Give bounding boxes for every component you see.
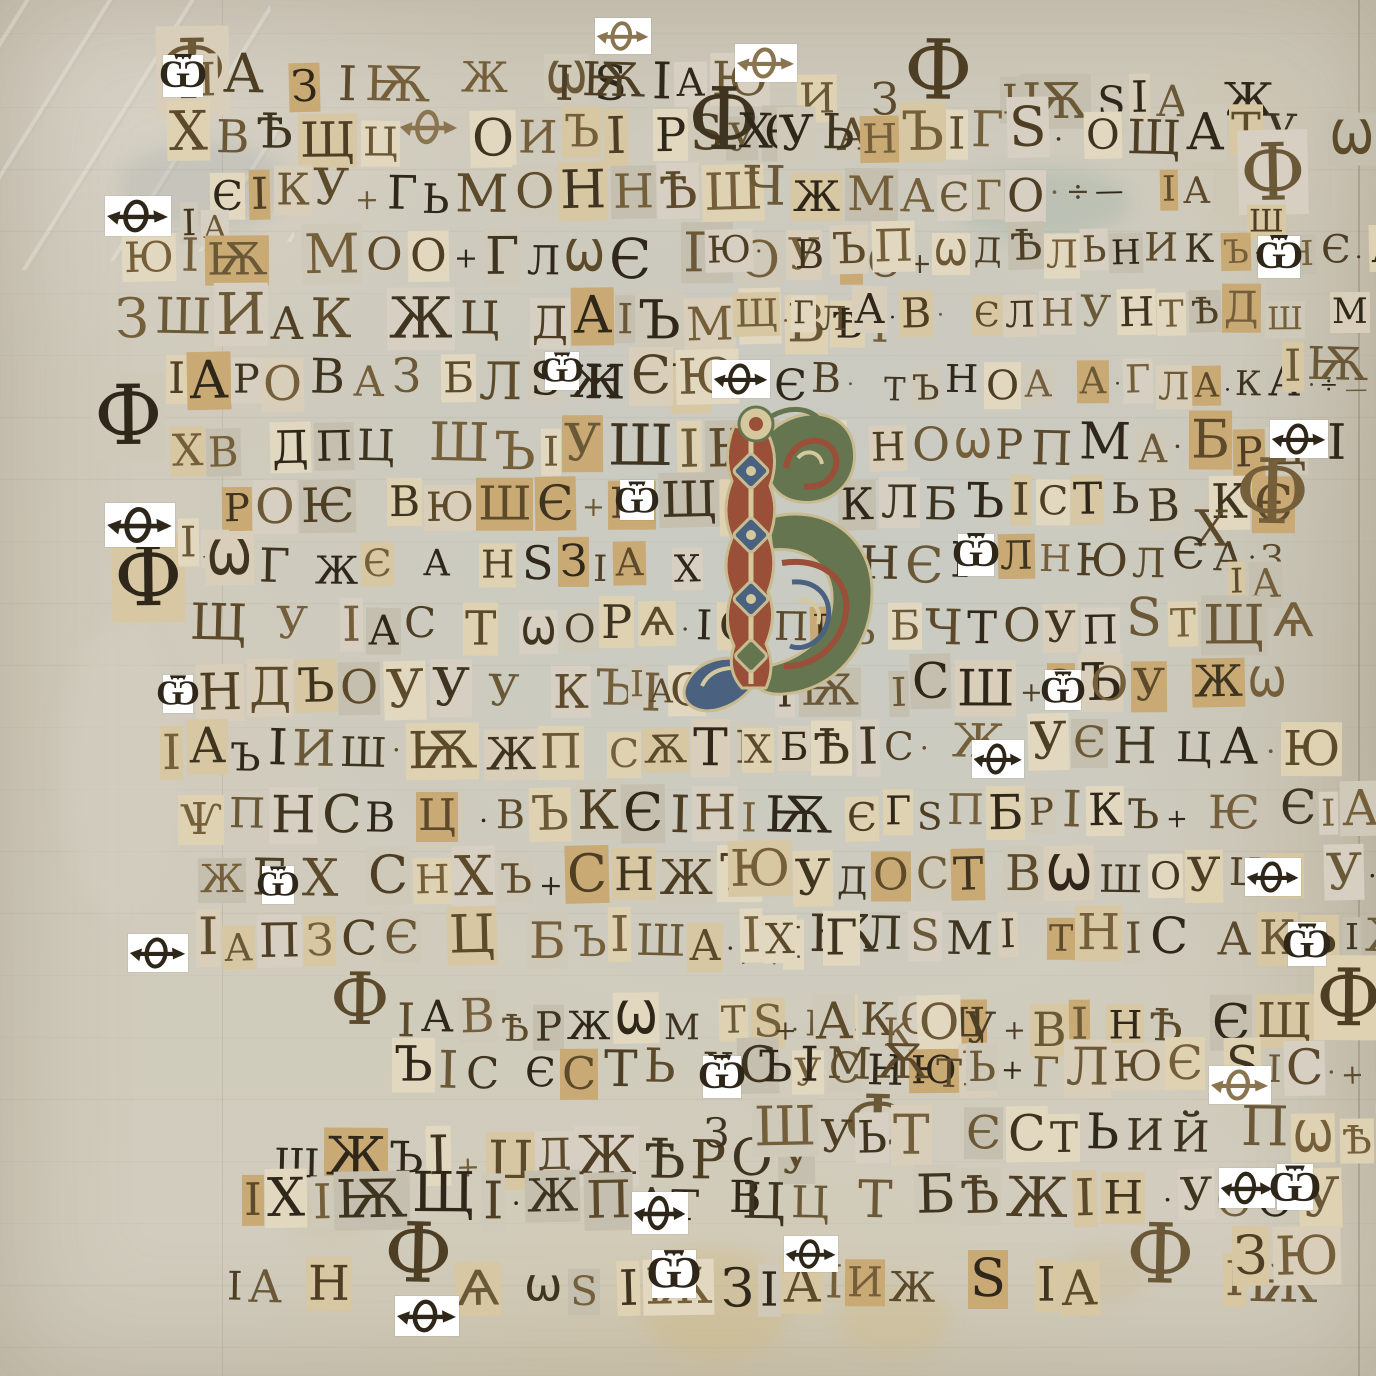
letter-patch: Ж xyxy=(198,858,246,903)
letter-patch: Є xyxy=(1278,781,1319,835)
letter-patch: А xyxy=(1021,362,1054,406)
letter-patch: С xyxy=(1283,1041,1325,1097)
theta-arrow-marker xyxy=(1209,1066,1271,1104)
letter-patch: Л xyxy=(477,354,525,412)
letter-patch: С xyxy=(607,732,641,778)
letter-patch: Г xyxy=(385,166,421,219)
letter-patch: Ъ xyxy=(1220,232,1251,271)
letter-patch: А xyxy=(687,923,723,972)
letter-patch: А xyxy=(1059,1261,1101,1316)
manuscript-line: ХСНХЪ+СНЖЪІ xyxy=(300,845,788,907)
letter-patch: О xyxy=(1005,170,1047,222)
letter-patch: Ж xyxy=(791,173,842,221)
letter-patch: Ь xyxy=(420,176,452,223)
letter-patch: Д xyxy=(247,659,294,717)
letter-patch: І xyxy=(265,720,290,776)
ot-glyph: Ѿ xyxy=(156,676,200,711)
letter-patch: Ю xyxy=(1110,1042,1165,1091)
letter-patch: Ж xyxy=(658,852,715,905)
letter-patch: П xyxy=(538,726,584,780)
letter-patch: А xyxy=(222,925,256,970)
letter-patch: Ш xyxy=(955,660,1016,716)
letter-patch: Ѣ xyxy=(656,162,700,219)
theta-arrow-marker xyxy=(735,44,797,82)
letter-patch: У xyxy=(793,850,834,906)
theta-arrow-marker xyxy=(1219,1168,1275,1208)
letter-patch: Є xyxy=(902,537,945,594)
letter-patch: Ѧ xyxy=(1270,594,1315,647)
letter-patch: · xyxy=(1171,430,1185,465)
letter-patch: Д xyxy=(1222,284,1261,333)
letter-patch: · xyxy=(390,734,403,767)
letter-patch: · xyxy=(845,370,856,398)
letter-patch: В xyxy=(213,111,251,163)
letter-patch: Ъ xyxy=(1125,791,1162,838)
letter-patch: Ж xyxy=(887,1264,938,1312)
letter-patch: Г xyxy=(969,102,1006,158)
letter-patch: А xyxy=(1181,170,1213,213)
letter-patch: · xyxy=(724,933,737,966)
theta-arrow-icon xyxy=(595,18,651,54)
letter-patch: К xyxy=(551,666,591,718)
letter-patch: Ъ xyxy=(228,736,263,781)
letter-patch: М xyxy=(1076,413,1133,471)
letter-patch: Р xyxy=(1027,790,1057,834)
theta-arrow-icon xyxy=(398,106,460,148)
letter-patch: · xyxy=(1052,123,1065,158)
letter-patch: Н xyxy=(612,848,656,900)
letter-patch: Ц xyxy=(740,1174,788,1231)
letter-patch: Ѡ xyxy=(518,610,558,654)
theta-arrow-icon xyxy=(1219,1168,1275,1208)
letter-patch: Б xyxy=(778,726,811,771)
letter-patch: Ш xyxy=(476,478,533,531)
letter-patch: · xyxy=(918,732,931,765)
letter-patch: Х xyxy=(763,915,798,963)
letter-patch: Ѕ xyxy=(1123,589,1164,648)
letter-patch: О xyxy=(1147,854,1183,899)
manuscript-line: ІАЪІИШ·ѬЖПСѪТЬ xyxy=(160,720,770,778)
letter-patch: І xyxy=(758,1264,781,1317)
letter-patch: С xyxy=(464,1050,502,1100)
letter-patch: О xyxy=(871,851,911,901)
letter-patch: Ѧ xyxy=(638,601,677,646)
letter-patch: Ѕ xyxy=(519,537,556,590)
letter-patch: Н xyxy=(269,787,318,844)
letter-patch: Ю xyxy=(1072,535,1130,587)
letter-patch: У xyxy=(1323,844,1365,901)
letter-patch: Ѭ xyxy=(579,54,648,109)
letter-patch: Ѭ xyxy=(406,722,480,780)
letter-patch: І xyxy=(435,1042,461,1100)
letter-patch: А xyxy=(613,541,647,586)
letter-patch: А xyxy=(1340,781,1376,837)
letter-patch: Х xyxy=(742,728,774,773)
letter-patch: І xyxy=(739,795,759,841)
letter-patch: + xyxy=(452,241,480,276)
letter-patch: П xyxy=(226,789,267,837)
letter-patch: Б xyxy=(527,913,568,969)
letter-patch: Ѡ xyxy=(1291,1113,1336,1163)
letter-patch: О xyxy=(1088,659,1131,713)
letter-patch: О xyxy=(513,164,557,219)
letter-patch: Т xyxy=(965,603,1000,654)
letter-patch: Б xyxy=(441,354,477,403)
letter-patch: Ъ xyxy=(562,106,602,157)
letter-patch: Г xyxy=(791,295,816,332)
letter-patch: А xyxy=(1184,104,1227,161)
manuscript-line: ЧЖМАЄГО·÷— xyxy=(742,158,1128,218)
letter-patch: І xyxy=(1160,169,1178,210)
theta-arrow-marker xyxy=(398,106,460,148)
ot-marker: Ѿ xyxy=(163,675,193,713)
letter-patch: С xyxy=(560,1049,598,1100)
letter-patch: Щ xyxy=(1201,595,1267,655)
letter-patch: Є xyxy=(523,1049,559,1096)
letter-patch: І xyxy=(615,295,636,343)
ot-marker: Ѿ xyxy=(1288,922,1326,966)
theta-arrow-icon xyxy=(632,1192,688,1234)
manuscript-page: ФІАЗІѬЖѠЅІѬІАЮИЗФІѬЅІАЖХВѢЩЦОИЪІРЅУЄАФХУ… xyxy=(0,0,1376,1376)
letter-patch: Є xyxy=(607,230,654,292)
letter-patch: + xyxy=(580,491,607,524)
letter-patch: Т xyxy=(463,603,499,656)
letter-patch: Т xyxy=(602,1041,640,1098)
letter-patch: Г xyxy=(256,540,292,594)
letter-patch: Ж xyxy=(459,53,511,102)
letter-patch: Д xyxy=(269,421,311,473)
letter-patch: Ж xyxy=(524,1169,580,1222)
letter-patch: Ь xyxy=(1083,1104,1121,1160)
letter-patch: І xyxy=(160,726,184,781)
letter-patch: + xyxy=(999,1054,1026,1088)
letter-patch: А xyxy=(851,286,886,333)
letter-patch: І xyxy=(591,548,610,591)
letter-patch: Г xyxy=(973,172,1004,219)
letter-patch: У xyxy=(1185,850,1223,903)
manuscript-line: ІА xyxy=(1160,170,1213,213)
letter-patch: Ж xyxy=(387,288,455,351)
letter-patch: И xyxy=(845,1259,885,1307)
letter-patch: Ъ xyxy=(899,102,946,162)
theta-arrow-icon xyxy=(1270,420,1328,458)
letter-patch: А xyxy=(187,719,229,774)
ot-glyph: Ѿ xyxy=(1255,237,1303,276)
letter-patch: З xyxy=(390,350,424,404)
ot-glyph: Ѿ xyxy=(540,353,584,388)
letter-patch: Ж xyxy=(483,729,538,780)
letter-patch: Н xyxy=(1039,291,1076,335)
letter-patch: Ѫ xyxy=(642,728,690,773)
letter-patch: + xyxy=(1338,1058,1366,1092)
letter-patch: Ѡ xyxy=(562,232,607,282)
letter-patch: З xyxy=(558,537,590,587)
letter-patch: Є xyxy=(535,476,577,531)
letter-patch: Ъ xyxy=(963,474,1006,529)
letter-patch: В xyxy=(206,428,242,476)
letter-patch: Ф xyxy=(1237,129,1309,216)
ot-glyph: Ѿ xyxy=(256,867,300,902)
letter-patch: Ч xyxy=(923,601,966,657)
letter-patch: · xyxy=(1366,860,1376,894)
letter-patch: Н xyxy=(943,358,981,403)
letter-patch: Т xyxy=(1167,601,1198,647)
ot-marker: Ѿ xyxy=(652,1250,696,1298)
letter-patch: І xyxy=(608,907,632,962)
letter-patch: · xyxy=(1325,1056,1338,1089)
letter-patch: Ъ xyxy=(491,423,538,482)
letter-patch: Л xyxy=(1156,365,1192,409)
letter-patch: В xyxy=(363,794,398,842)
letter-patch: В xyxy=(793,233,827,279)
letter-patch: У xyxy=(383,660,427,720)
theta-arrow-icon xyxy=(1245,858,1301,896)
letter-patch: З xyxy=(113,288,152,349)
manuscript-line: ОУЖѠ xyxy=(1088,656,1288,709)
letter-patch: Ѱ xyxy=(178,795,224,845)
letter-patch: Ѣ xyxy=(811,721,852,776)
letter-patch: З xyxy=(1232,1226,1270,1286)
letter-patch: О xyxy=(363,229,405,281)
letter-patch: И xyxy=(516,111,560,163)
manuscript-line: ІХГЛЅМІТНІСАКЪІЖ xyxy=(740,908,1376,964)
letter-patch: Ѡ xyxy=(1246,659,1289,706)
theta-arrow-icon xyxy=(735,44,797,82)
letter-patch: О xyxy=(261,357,305,412)
letter-patch: Ф xyxy=(92,372,166,461)
letter-patch: Ш xyxy=(1096,858,1144,902)
ot-marker: Ѿ xyxy=(703,1056,741,1098)
letter-patch: І xyxy=(166,355,187,404)
letter-patch: Х xyxy=(264,1169,307,1229)
letter-patch: У xyxy=(1042,603,1078,652)
letter-patch: Л xyxy=(1063,1039,1111,1097)
theta-arrow-marker xyxy=(395,1296,459,1336)
letter-patch: Г xyxy=(883,789,913,835)
theta-arrow-icon xyxy=(972,740,1024,778)
manuscript-line: ХВѢЩЦ xyxy=(167,103,404,163)
letter-patch: Н xyxy=(1116,288,1156,335)
letter-patch: Л xyxy=(1003,295,1038,337)
letter-patch: В xyxy=(387,478,422,526)
letter-patch: О xyxy=(1084,111,1123,159)
letter-patch: О xyxy=(408,230,450,281)
theta-arrow-icon xyxy=(105,196,171,236)
theta-arrow-marker xyxy=(972,740,1024,778)
letter-patch: · xyxy=(780,307,791,335)
letter-patch: Є xyxy=(964,1107,1003,1159)
letter-patch: О xyxy=(1000,599,1043,652)
letter-patch: Р xyxy=(993,421,1026,469)
letter-patch: Ж xyxy=(313,549,361,594)
letter-patch: П xyxy=(1080,607,1119,654)
letter-patch: Ъ xyxy=(498,857,534,903)
letter-patch: У xyxy=(430,659,472,718)
letter-patch: Ю xyxy=(728,840,793,897)
letter-patch: Д xyxy=(972,231,1005,272)
letter-patch: Є xyxy=(629,347,673,406)
letter-patch: С xyxy=(1005,1106,1047,1162)
letter-patch: Ш xyxy=(427,413,493,473)
letter-patch: Ѭ xyxy=(205,235,270,286)
letter-patch: І xyxy=(1318,792,1337,835)
letter-patch: Т xyxy=(1071,474,1105,524)
letter-patch: М xyxy=(302,223,363,284)
letter-patch: А xyxy=(268,299,306,350)
letter-patch: У xyxy=(817,1111,855,1163)
manuscript-line: ѰПНСВЦ·ВЪКЄІНІѬ xyxy=(178,782,837,843)
letter-patch: + xyxy=(353,183,381,218)
letter-patch: У xyxy=(1078,288,1114,338)
ot-marker: Ѿ xyxy=(620,480,654,520)
letter-patch: Ь xyxy=(966,1043,998,1091)
letter-patch: А xyxy=(420,542,452,585)
letter-patch: Ю xyxy=(704,229,753,273)
letter-patch: Є xyxy=(845,796,880,842)
letter-patch: П xyxy=(944,786,985,835)
letter-patch: Б xyxy=(1188,411,1231,470)
letter-patch: П xyxy=(314,422,355,471)
letter-patch: Щ xyxy=(187,595,249,653)
letter-patch: С xyxy=(1147,908,1191,965)
letter-patch: І xyxy=(997,912,1018,958)
letter-patch: Й xyxy=(1169,1113,1211,1163)
letter-patch: Т xyxy=(691,719,730,777)
letter-patch: І xyxy=(242,1175,264,1226)
letter-patch: Ѥ xyxy=(298,479,356,533)
letter-patch: С xyxy=(909,653,952,709)
letter-patch: Ш xyxy=(1265,301,1305,339)
letter-patch: Г xyxy=(1122,358,1153,403)
letter-patch: + xyxy=(537,869,565,904)
letter-patch: Ѡ xyxy=(613,992,660,1044)
theta-arrow-icon xyxy=(105,503,175,547)
letter-patch: Ф xyxy=(328,960,393,1039)
letter-patch: Ш xyxy=(752,1096,819,1157)
letter-patch: Р xyxy=(599,596,634,648)
theta-arrow-icon xyxy=(1209,1066,1271,1104)
letter-patch: Н xyxy=(306,1257,352,1311)
letter-patch: Н xyxy=(582,356,628,410)
letter-patch: Т xyxy=(1047,918,1075,961)
letter-patch: О xyxy=(909,418,952,471)
manuscript-line: Ф xyxy=(112,552,188,641)
letter-patch: І xyxy=(541,429,562,476)
letter-patch: И xyxy=(1123,1112,1165,1162)
letter-patch: Ъ xyxy=(636,290,683,350)
theta-arrow-marker xyxy=(784,1236,838,1272)
theta-arrow-marker xyxy=(105,196,171,236)
letter-patch: М xyxy=(845,168,898,222)
ot-glyph: Ѿ xyxy=(646,1251,701,1295)
letter-patch: · xyxy=(1047,176,1061,211)
letter-patch: Ф xyxy=(381,1209,456,1299)
letter-patch: І xyxy=(856,719,881,777)
letter-patch: І xyxy=(946,110,968,160)
letter-patch: Т xyxy=(891,1105,932,1166)
letter-patch: Л xyxy=(861,907,904,959)
letter-patch: А xyxy=(1192,365,1222,405)
letter-patch: Ф xyxy=(1232,444,1313,542)
theta-arrow-marker xyxy=(105,503,175,547)
letter-patch: І xyxy=(310,1176,334,1230)
letter-patch: Ѕ xyxy=(1006,96,1049,158)
letter-patch: І xyxy=(1123,915,1145,964)
ot-glyph: Ѿ xyxy=(1040,671,1086,708)
letter-patch: О xyxy=(984,362,1021,409)
letter-patch: Р xyxy=(652,109,687,162)
letter-patch: Н xyxy=(1111,718,1159,775)
letter-patch: Ѕ xyxy=(968,1250,1008,1309)
letter-patch: Є xyxy=(1318,228,1352,273)
theta-arrow-marker xyxy=(595,18,651,54)
theta-arrow-icon xyxy=(395,1296,459,1336)
letter-patch: І xyxy=(178,230,201,282)
letter-patch: · xyxy=(1353,243,1365,273)
letter-patch: С xyxy=(914,850,952,900)
letter-patch: Ь xyxy=(820,105,857,160)
letter-patch: Н xyxy=(412,858,452,904)
letter-patch: Ь xyxy=(641,1040,677,1093)
letter-patch: А xyxy=(897,170,937,223)
letter-patch: У xyxy=(311,160,352,216)
letter-patch: З xyxy=(702,1110,732,1157)
letter-patch: А xyxy=(366,608,401,655)
ot-marker: Ѿ xyxy=(1258,236,1300,278)
letter-patch: В xyxy=(898,290,933,338)
letter-patch: И xyxy=(290,720,338,777)
letter-patch: Л xyxy=(998,534,1035,580)
letter-patch: І xyxy=(225,1264,245,1310)
manuscript-line: Ф xyxy=(92,390,169,479)
letter-patch: Ж xyxy=(1003,1168,1070,1230)
letter-patch: П xyxy=(1028,422,1075,476)
letter-patch: А xyxy=(245,1262,284,1314)
letter-patch: Н xyxy=(1075,905,1122,961)
letter-patch: И xyxy=(214,283,269,347)
letter-patch: Є xyxy=(1165,1037,1205,1090)
letter-patch: Ѭ xyxy=(1304,338,1371,391)
letter-patch: Г xyxy=(823,911,860,966)
letter-patch: Ѕ xyxy=(908,911,942,961)
letter-patch: І xyxy=(739,908,763,963)
theta-arrow-icon xyxy=(128,934,188,972)
letter-patch: Б xyxy=(888,603,922,650)
ot-glyph: Ѿ xyxy=(1282,923,1333,963)
letter-patch: Є xyxy=(621,784,666,843)
letter-patch: І xyxy=(1010,475,1032,526)
letter-patch: Ш xyxy=(633,917,688,968)
letter-patch: У xyxy=(1131,661,1168,712)
ot-glyph: Ѿ xyxy=(952,535,1000,574)
letter-patch: · xyxy=(510,1187,523,1222)
letter-patch: Б xyxy=(985,786,1025,841)
letter-patch: П xyxy=(257,914,303,968)
letter-patch: ÷ xyxy=(1064,175,1092,210)
letter-patch: Ь xyxy=(1080,228,1109,271)
illuminated-initial-B xyxy=(672,396,887,718)
letter-patch: А xyxy=(350,358,386,406)
letter-patch: А xyxy=(221,44,267,105)
letter-patch: К xyxy=(1182,227,1217,272)
letter-patch: Ц xyxy=(446,906,497,966)
letter-patch: С xyxy=(366,847,411,906)
letter-patch: З xyxy=(718,1258,756,1318)
letter-patch: Т xyxy=(934,1053,965,1098)
manuscript-line: ЄГЅПБРІКЪ+ѤЄІА xyxy=(845,782,1376,838)
page-edge-line xyxy=(1358,0,1360,1376)
ot-marker: Ѿ xyxy=(163,55,203,97)
